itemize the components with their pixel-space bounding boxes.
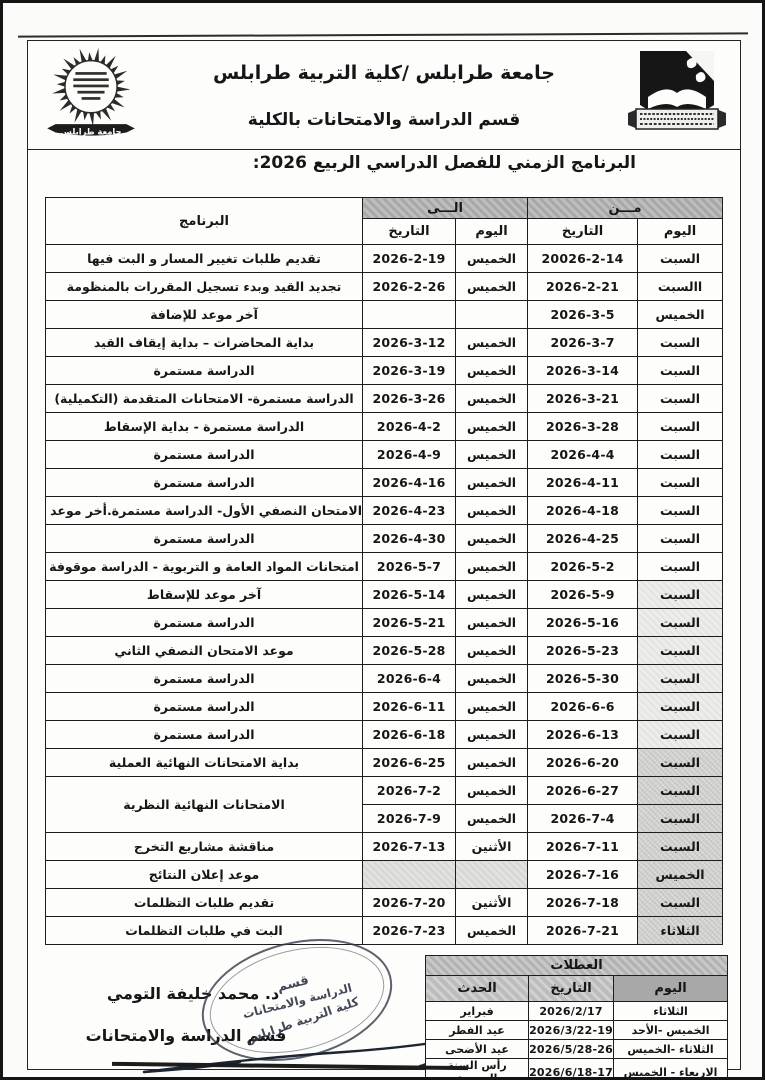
date-value: 2026-7-20 <box>372 895 445 910</box>
date-value: 2026-7-13 <box>372 839 445 854</box>
to-date-cell: 2026-5-21 <box>363 609 456 637</box>
to-day-cell: الأثنين <box>456 833 528 861</box>
schedule-row: السبت2026-7-18الأثنين2026-7-20تقديم طلبا… <box>46 889 723 917</box>
schedule-row: السبت2026-6-13الخميس2026-6-18الدراسة مست… <box>46 721 723 749</box>
from-date-cell: 2026-7-18 <box>528 889 638 917</box>
from-date-cell: 2026-5-2 <box>528 553 638 581</box>
from-date-cell: 2026-6-27 <box>528 777 638 805</box>
to-date-cell: 2026-4-23 <box>363 497 456 525</box>
from-date-cell: 2026-3-28 <box>528 413 638 441</box>
from-day-cell: السبت <box>638 777 723 805</box>
to-date-cell: 2026-6-25 <box>363 749 456 777</box>
date-value: 2026-4-25 <box>546 531 619 546</box>
to-day-cell: الخميس <box>456 917 528 945</box>
from-day-cell: السبت <box>638 889 723 917</box>
date-value: 2026-3-12 <box>372 335 445 350</box>
program-cell: الدراسة مستمرة <box>46 469 363 497</box>
program-cell: الدراسة مستمرة- الامتحانات المتقدمة (الت… <box>46 385 363 413</box>
from-day-cell: السبت <box>638 413 723 441</box>
date-value: 2026-7-2 <box>377 783 441 798</box>
from-day-cell: الثلاثاء <box>638 917 723 945</box>
date-value: 2026-3-19 <box>372 363 445 378</box>
stamp-line1: قسم <box>276 972 311 994</box>
date-value: 2026-3-21 <box>546 391 619 406</box>
from-date-cell: 2026-7-21 <box>528 917 638 945</box>
from-day-cell: السبت <box>638 385 723 413</box>
from-date-cell: 2026-4-4 <box>528 441 638 469</box>
date-value: 2026-7-11 <box>546 839 619 854</box>
date-value: 2026-5-21 <box>372 615 445 630</box>
to-date-cell <box>363 861 456 889</box>
date-value: 2026-3-28 <box>546 419 619 434</box>
to-date-cell: 2026-4-16 <box>363 469 456 497</box>
to-date-cell: 2026-2-19 <box>363 245 456 273</box>
to-date-cell: 2026-4-30 <box>363 525 456 553</box>
from-date-cell: 2026-3-5 <box>528 301 638 329</box>
holiday-date-cell: 2026/2/17 <box>529 1002 614 1021</box>
from-day-cell: السبت <box>638 525 723 553</box>
program-cell: آخر موعد للإسقاط <box>46 581 363 609</box>
faculty-logo-icon <box>621 45 733 145</box>
to-date-cell: 2026-5-14 <box>363 581 456 609</box>
schedule-row: السبت2026-4-25الخميس2026-4-30الدراسة مست… <box>46 525 723 553</box>
program-cell: تقديم طلبات التظلمات <box>46 889 363 917</box>
from-day-cell: السبت <box>638 553 723 581</box>
from-day-cell: السبت <box>638 441 723 469</box>
date-value: 2026-5-16 <box>546 615 619 630</box>
to-day-cell: الخميس <box>456 665 528 693</box>
schedule-row: السبت2026-4-11الخميس2026-4-16الدراسة مست… <box>46 469 723 497</box>
holiday-row: الثلاثاء2026/2/17فبراير <box>426 1002 728 1021</box>
date-value: 2026-6-18 <box>372 727 445 742</box>
date-value: 2026-6-27 <box>546 783 619 798</box>
from-day-cell: السبت <box>638 637 723 665</box>
schedule-row: االسبت2026-2-21الخميس2026-2-26تجديد القي… <box>46 273 723 301</box>
from-date-cell: 2026-2-21 <box>528 273 638 301</box>
program-cell: الدراسة مستمرة <box>46 609 363 637</box>
to-date-cell: 2026-6-18 <box>363 721 456 749</box>
schedule-row: الثلاثاء2026-7-21الخميس2026-7-23البت في … <box>46 917 723 945</box>
to-date-cell: 2026-7-20 <box>363 889 456 917</box>
to-day-cell: الخميس <box>456 693 528 721</box>
date-value: 2026-2-26 <box>372 279 445 294</box>
to-day-cell: الخميس <box>456 469 528 497</box>
to-date-cell: 2026-6-4 <box>363 665 456 693</box>
schedule-row: الخميس2026-3-5آخر موعد للإضافة <box>46 301 723 329</box>
to-date-cell: 2026-3-19 <box>363 357 456 385</box>
holidays-table: العطلات اليوم التاريخ الحدث الثلاثاء2026… <box>425 955 728 1080</box>
to-date-cell: 2026-4-2 <box>363 413 456 441</box>
from-date-cell: 2026-7-16 <box>528 861 638 889</box>
schedule-row: السبت2026-5-9الخميس2026-5-14آخر موعد للإ… <box>46 581 723 609</box>
schedule-row: السبت2026-5-30الخميس2026-6-4الدراسة مستم… <box>46 665 723 693</box>
from-day-cell: السبت <box>638 749 723 777</box>
from-date-cell: 2026-6-20 <box>528 749 638 777</box>
from-date-cell: 2026-7-4 <box>528 805 638 833</box>
holidays-header-row: اليوم التاريخ الحدث <box>426 976 728 1002</box>
from-date-cell: 2026-7-11 <box>528 833 638 861</box>
emblem-banner-text: جامعة طرابلس <box>60 126 121 137</box>
from-day-cell: السبت <box>638 721 723 749</box>
from-day-cell: السبت <box>638 357 723 385</box>
document-title: البرنامج الزمني للفصل الدراسي الربيع 202… <box>45 153 722 173</box>
from-day-cell: السبت <box>638 581 723 609</box>
to-date-cell: 2026-6-11 <box>363 693 456 721</box>
to-date-cell: 2026-7-2 <box>363 777 456 805</box>
to-day-cell: الخميس <box>456 749 528 777</box>
to-day-cell <box>456 861 528 889</box>
to-day-cell: الخميس <box>456 245 528 273</box>
program-cell: موعد الامتحان النصفي الثاني <box>46 637 363 665</box>
schedule-table: مـــن الـــى البرنامج اليوم التاريخ اليو… <box>45 197 723 945</box>
to-group-header: الـــى <box>363 198 528 219</box>
date-value: 2026-7-21 <box>546 923 619 938</box>
to-date-cell: 2026-2-26 <box>363 273 456 301</box>
to-date-cell: 2026-3-12 <box>363 329 456 357</box>
from-date-cell: 2026-3-21 <box>528 385 638 413</box>
holiday-row: الثلاثاء -الخميس2026/5/28-26عيد الأضحى <box>426 1040 728 1059</box>
date-value: 2026-4-2 <box>377 419 441 434</box>
date-value: 2026/5/28-26 <box>529 1043 613 1056</box>
date-value: 2026-6-4 <box>377 671 441 686</box>
to-day-header: اليوم <box>456 219 528 245</box>
from-day-cell: السبت <box>638 497 723 525</box>
schedule-row: السبت2026-3-14الخميس2026-3-19الدراسة مست… <box>46 357 723 385</box>
to-day-cell: الخميس <box>456 329 528 357</box>
to-date-header: التاريخ <box>363 219 456 245</box>
from-day-cell: السبت <box>638 609 723 637</box>
schedule-group-header-row: مـــن الـــى البرنامج <box>46 198 723 219</box>
schedule-row: السبت2026-6-27الخميس2026-7-2الامتحانات ا… <box>46 777 723 805</box>
program-cell: الدراسة مستمرة <box>46 441 363 469</box>
date-value: 2026-6-11 <box>372 699 445 714</box>
to-day-cell: الخميس <box>456 553 528 581</box>
date-value: 2026-6-13 <box>546 727 619 742</box>
date-value: 2026-4-11 <box>546 475 619 490</box>
program-column-header: البرنامج <box>46 198 363 245</box>
to-date-cell: 2026-7-23 <box>363 917 456 945</box>
date-value: 2026/2/17 <box>539 1005 602 1018</box>
date-value: 2026-7-18 <box>546 895 619 910</box>
program-cell: بداية المحاضرات – بداية إيقاف القيد <box>46 329 363 357</box>
date-value: 2026-6-20 <box>546 755 619 770</box>
date-value: 2026-5-23 <box>546 643 619 658</box>
date-value: 2026-5-30 <box>546 671 619 686</box>
to-date-cell: 2026-7-9 <box>363 805 456 833</box>
holidays-title-row: العطلات <box>426 956 728 976</box>
from-date-cell: 2026-3-14 <box>528 357 638 385</box>
to-day-cell: الخميس <box>456 357 528 385</box>
from-day-cell: السبت <box>638 469 723 497</box>
to-date-cell: 2026-7-13 <box>363 833 456 861</box>
from-date-cell: 2026-5-23 <box>528 637 638 665</box>
date-value: 2026-5-7 <box>377 559 441 574</box>
schedule-row: السبت2026-3-28الخميس2026-4-2الدراسة مستم… <box>46 413 723 441</box>
date-value: 2026-2-19 <box>372 251 445 266</box>
date-value: 2026-2-21 <box>546 279 619 294</box>
date-value: 2026-7-16 <box>546 867 619 882</box>
to-date-cell: 2026-3-26 <box>363 385 456 413</box>
schedule-row: السبت2026-4-18الخميس2026-4-23الامتحان ال… <box>46 497 723 525</box>
date-value: 2026-6-6 <box>550 699 614 714</box>
schedule-row: السبت2026-7-11الأثنين2026-7-13مناقشة مشا… <box>46 833 723 861</box>
program-cell: بداية الامتحانات النهائية العملية <box>46 749 363 777</box>
to-day-cell: الخميس <box>456 273 528 301</box>
program-cell: تقديم طلبات تغيير المسار و البت فيها <box>46 245 363 273</box>
from-date-header: التاريخ <box>528 219 638 245</box>
program-cell: آخر موعد للإضافة <box>46 301 363 329</box>
holiday-day-header: اليوم <box>614 976 728 1002</box>
program-cell: الامتحانات النهائية النظرية <box>46 777 363 833</box>
from-group-header: مـــن <box>528 198 723 219</box>
to-day-cell: الخميس <box>456 525 528 553</box>
date-value: 2026-3-26 <box>372 391 445 406</box>
holiday-row: الخميس -الأحد2026/3/22-19عيد الفطر <box>426 1021 728 1040</box>
from-day-cell: االسبت <box>638 273 723 301</box>
date-value: 2026-7-9 <box>377 811 441 826</box>
scanned-document-page: { "document": { "org_line1": "جامعة طراب… <box>0 0 765 1080</box>
date-value: 2026/3/22-19 <box>529 1024 613 1037</box>
from-date-cell: 2026-5-16 <box>528 609 638 637</box>
program-cell: الدراسة مستمرة - بداية الإسقاط <box>46 413 363 441</box>
from-date-cell: 2026-6-6 <box>528 693 638 721</box>
date-value: 2026/6/18-17 <box>529 1066 613 1079</box>
to-date-cell <box>363 301 456 329</box>
holiday-date-header: التاريخ <box>529 976 614 1002</box>
to-day-cell: الخميس <box>456 721 528 749</box>
holiday-event-cell: عيد الفطر <box>426 1021 529 1040</box>
from-day-cell: السبت <box>638 329 723 357</box>
holiday-date-cell: 2026/3/22-19 <box>529 1021 614 1040</box>
date-value: 2026-5-14 <box>372 587 445 602</box>
from-day-cell: السبت <box>638 245 723 273</box>
schedule-row: الخميس2026-7-16موعد إعلان النتائج <box>46 861 723 889</box>
to-day-cell: الخميس <box>456 637 528 665</box>
program-cell: الامتحان النصفي الأول- الدراسة مستمرة.أخ… <box>46 497 363 525</box>
date-value: 2026-4-9 <box>377 447 441 462</box>
schedule-row: السبت2026-6-6الخميس2026-6-11الدراسة مستم… <box>46 693 723 721</box>
from-day-header: اليوم <box>638 219 723 245</box>
holiday-day-cell: الخميس -الأحد <box>614 1021 728 1040</box>
schedule-row: السبت2026-5-2الخميس2026-5-7امتحانات المو… <box>46 553 723 581</box>
to-day-cell: الخميس <box>456 441 528 469</box>
holiday-event-header: الحدث <box>426 976 529 1002</box>
holiday-date-cell: 2026/6/18-17 <box>529 1059 614 1080</box>
date-value: 2026-3-7 <box>550 335 614 350</box>
to-day-cell: الخميس <box>456 777 528 805</box>
date-value: 20026-2-14 <box>542 251 624 266</box>
date-value: 2026-4-18 <box>546 503 619 518</box>
date-value: 2026-6-25 <box>372 755 445 770</box>
program-cell: الدراسة مستمرة <box>46 665 363 693</box>
from-day-cell: السبت <box>638 665 723 693</box>
program-cell: امتحانات المواد العامة و التربوية - الدر… <box>46 553 363 581</box>
holiday-day-cell: الثلاثاء <box>614 1002 728 1021</box>
schedule-row: السبت2026-5-23الخميس2026-5-28موعد الامتح… <box>46 637 723 665</box>
date-value: 2026-4-23 <box>372 503 445 518</box>
date-value: 2026-5-9 <box>550 587 614 602</box>
holiday-day-cell: الثلاثاء -الخميس <box>614 1040 728 1059</box>
to-day-cell: الخميس <box>456 413 528 441</box>
document-header: جامعة طرابلس /كلية التربية طرابلس قسم ال… <box>27 40 741 150</box>
from-date-cell: 2026-4-25 <box>528 525 638 553</box>
to-day-cell: الأثنين <box>456 889 528 917</box>
date-value: 2026-7-4 <box>550 811 614 826</box>
from-date-cell: 2026-5-9 <box>528 581 638 609</box>
from-date-cell: 2026-5-30 <box>528 665 638 693</box>
program-cell: الدراسة مستمرة <box>46 357 363 385</box>
university-name: جامعة طرابلس /كلية التربية طرابلس <box>147 62 621 84</box>
date-value: 2026-7-23 <box>372 923 445 938</box>
program-cell: مناقشة مشاريع التخرج <box>46 833 363 861</box>
date-value: 2026-4-4 <box>550 447 614 462</box>
program-cell: الدراسة مستمرة <box>46 721 363 749</box>
holiday-event-cell: عيد الأضحى <box>426 1040 529 1059</box>
to-date-cell: 2026-5-7 <box>363 553 456 581</box>
schedule-row: السبت2026-5-16الخميس2026-5-21الدراسة مست… <box>46 609 723 637</box>
from-day-cell: السبت <box>638 805 723 833</box>
to-day-cell: الخميس <box>456 609 528 637</box>
from-day-cell: الخميس <box>638 861 723 889</box>
holidays-title: العطلات <box>426 956 728 976</box>
schedule-row: السبت20026-2-14الخميس2026-2-19تقديم طلبا… <box>46 245 723 273</box>
program-cell: تجديد القيد وبدء تسجيل المقررات بالمنظوم… <box>46 273 363 301</box>
program-cell: الدراسة مستمرة <box>46 693 363 721</box>
to-date-cell: 2026-5-28 <box>363 637 456 665</box>
from-date-cell: 2026-4-18 <box>528 497 638 525</box>
holiday-row: الاربعاء - الخميس2026/6/18-17رأس السنة ا… <box>426 1059 728 1080</box>
schedule-row: السبت2026-3-21الخميس2026-3-26الدراسة مست… <box>46 385 723 413</box>
from-date-cell: 20026-2-14 <box>528 245 638 273</box>
holiday-event-cell: فبراير <box>426 1002 529 1021</box>
program-cell: الدراسة مستمرة <box>46 525 363 553</box>
scan-artifact-top-line <box>18 32 748 37</box>
date-value: 2026-4-16 <box>372 475 445 490</box>
holiday-day-cell: الاربعاء - الخميس <box>614 1059 728 1080</box>
schedule-row: السبت2026-3-7الخميس2026-3-12بداية المحاض… <box>46 329 723 357</box>
holiday-date-cell: 2026/5/28-26 <box>529 1040 614 1059</box>
to-day-cell <box>456 301 528 329</box>
from-date-cell: 2026-3-7 <box>528 329 638 357</box>
date-value: 2026-3-14 <box>546 363 619 378</box>
from-day-cell: السبت <box>638 833 723 861</box>
to-day-cell: الخميس <box>456 581 528 609</box>
from-day-cell: الخميس <box>638 301 723 329</box>
date-value: 2026-5-2 <box>550 559 614 574</box>
date-value: 2026-5-28 <box>372 643 445 658</box>
to-day-cell: الخميس <box>456 497 528 525</box>
department-name: قسم الدراسة والامتحانات بالكلية <box>147 110 621 130</box>
to-date-cell: 2026-4-9 <box>363 441 456 469</box>
org-titles: جامعة طرابلس /كلية التربية طرابلس قسم ال… <box>147 60 621 130</box>
from-date-cell: 2026-6-13 <box>528 721 638 749</box>
schedule-row: السبت2026-4-4الخميس2026-4-9الدراسة مستمر… <box>46 441 723 469</box>
schedule-row: السبت2026-6-20الخميس2026-6-25بداية الامت… <box>46 749 723 777</box>
from-day-cell: السبت <box>638 693 723 721</box>
from-date-cell: 2026-4-11 <box>528 469 638 497</box>
to-day-cell: الخميس <box>456 385 528 413</box>
program-cell: موعد إعلان النتائج <box>46 861 363 889</box>
to-day-cell: الخميس <box>456 805 528 833</box>
date-value: 2026-3-5 <box>550 307 614 322</box>
date-value: 2026-4-30 <box>372 531 445 546</box>
university-emblem-icon: جامعة طرابلس <box>35 45 147 145</box>
